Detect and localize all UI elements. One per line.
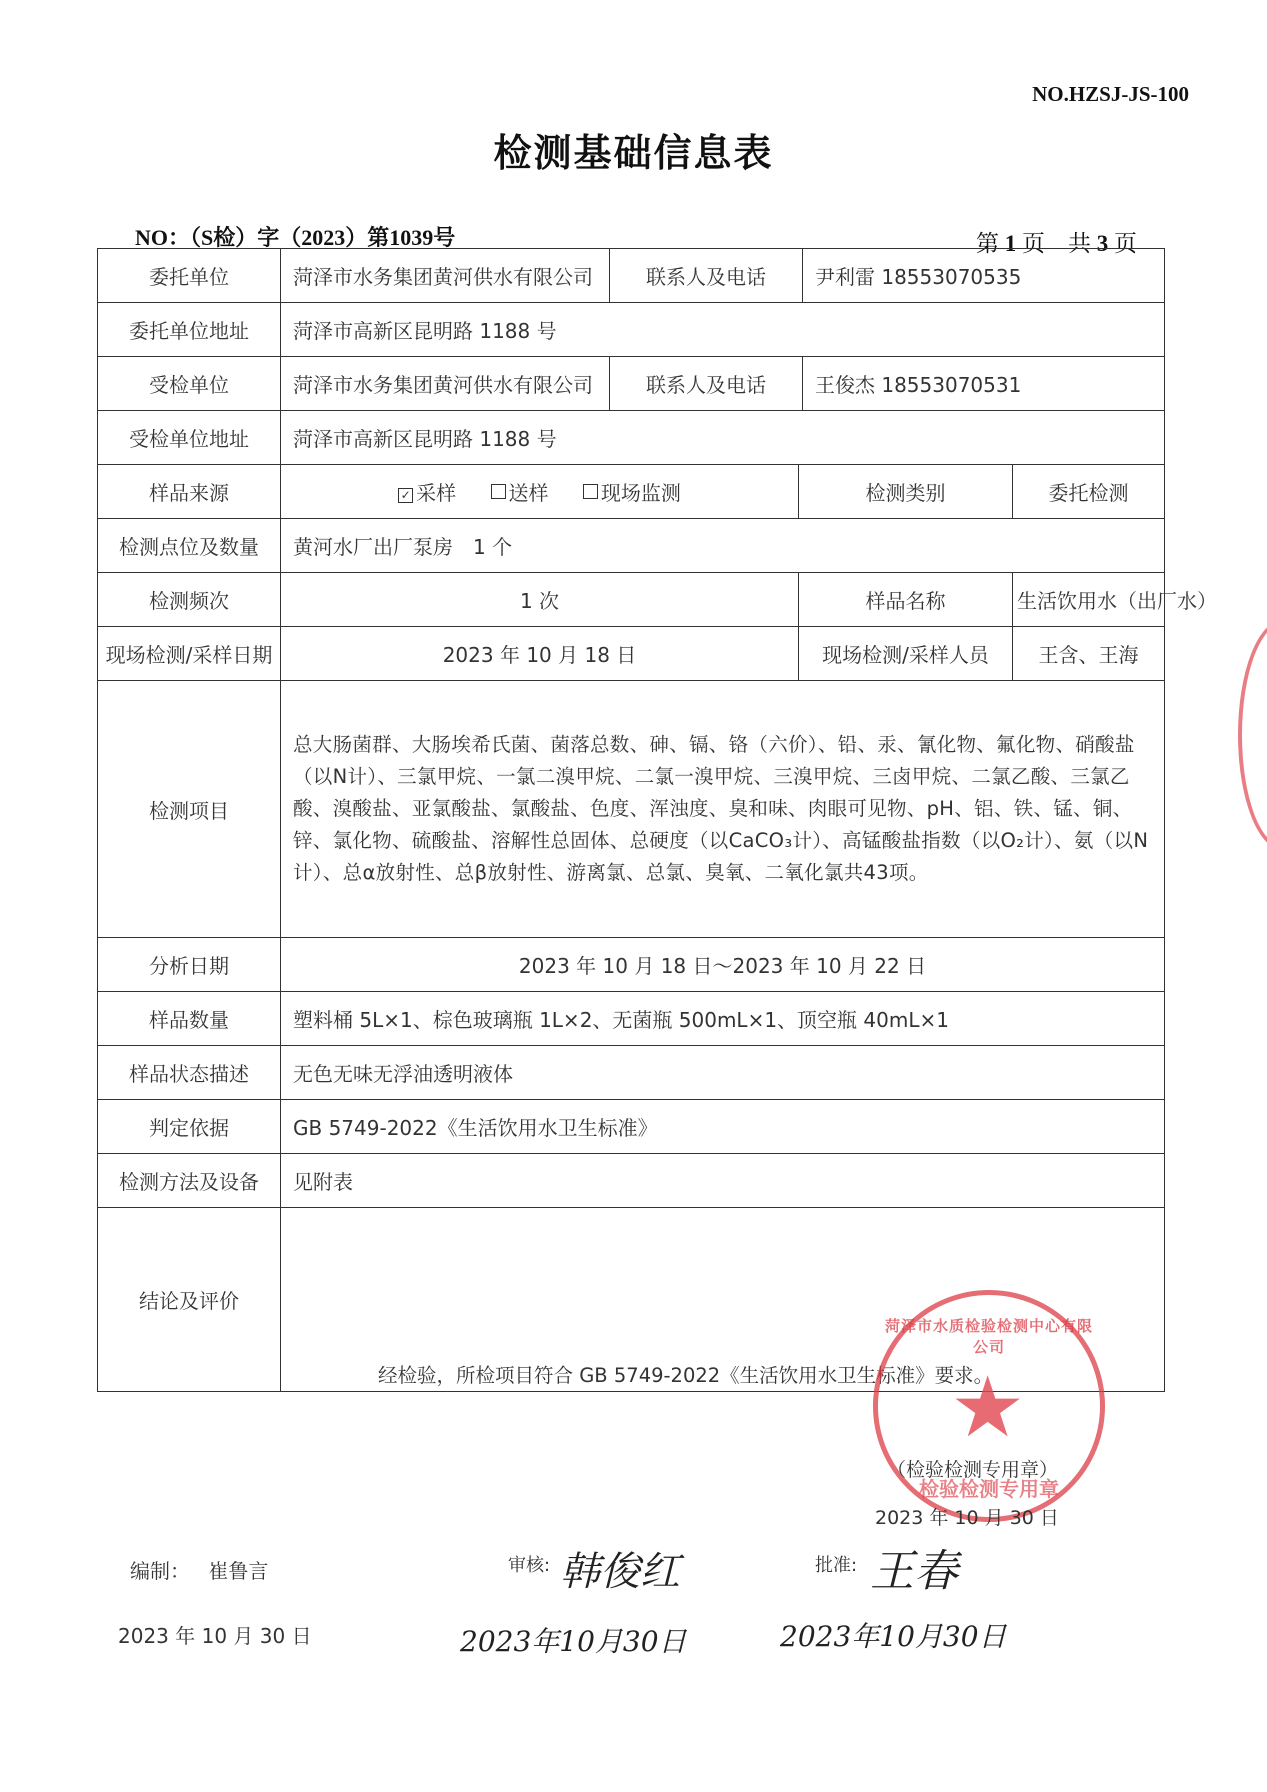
row-sample-qty: 样品数量 塑料桶 5L×1、棕色玻璃瓶 1L×2、无菌瓶 500mL×1、顶空瓶… [98,992,1165,1046]
checkbox-empty-icon[interactable] [583,484,598,499]
row-inspected: 受检单位 菏泽市水务集团黄河供水有限公司 联系人及电话 王俊杰 18553070… [98,357,1165,411]
method-label: 检测方法及设备 [98,1154,281,1208]
sample-source-options: ✓采样 送样 现场监测 [281,465,799,519]
personnel-label: 现场检测/采样人员 [799,627,1013,681]
conclusion-date: 2023 年 10 月 30 日 [875,1503,1059,1530]
checkbox-empty-icon[interactable] [491,484,506,499]
option-delivered[interactable]: 送样 [491,481,549,505]
client-contact-label: 联系人及电话 [610,249,803,303]
row-sample-state: 样品状态描述 无色无味无浮油透明液体 [98,1046,1165,1100]
sample-source-label: 样品来源 [98,465,281,519]
row-frequency: 检测频次 1 次 样品名称 生活饮用水（出厂水） [98,573,1165,627]
page-title: 检测基础信息表 [0,122,1267,177]
row-basis: 判定依据 GB 5749-2022《生活饮用水卫生标准》 [98,1100,1165,1154]
items-label: 检测项目 [98,681,281,938]
inspected-contact-value: 王俊杰 18553070531 [803,357,1165,411]
row-sampling-date: 现场检测/采样日期 2023 年 10 月 18 日 现场检测/采样人员 王含、… [98,627,1165,681]
checkbox-checked-icon[interactable]: ✓ [398,488,413,503]
sample-state-label: 样品状态描述 [98,1046,281,1100]
inspected-address-label: 受检单位地址 [98,411,281,465]
method-value: 见附表 [281,1154,1165,1208]
points-label: 检测点位及数量 [98,519,281,573]
client-address-label: 委托单位地址 [98,303,281,357]
option-delivered-label: 送样 [509,481,549,505]
inspected-value: 菏泽市水务集团黄河供水有限公司 [281,357,610,411]
analysis-date-value: 2023 年 10 月 18 日～2023 年 10 月 22 日 [281,938,1165,992]
category-value: 委托检测 [1013,465,1165,519]
reviewed-label: 审核: [508,1551,550,1577]
analysis-date-label: 分析日期 [98,938,281,992]
option-onsite[interactable]: 现场监测 [583,481,681,505]
sample-name-label: 样品名称 [799,573,1013,627]
reviewed-signature: 韩俊红 [560,1540,680,1597]
client-contact-value: 尹利雷 18553070535 [803,249,1165,303]
row-client: 委托单位 菏泽市水务集团黄河供水有限公司 联系人及电话 尹利雷 18553070… [98,249,1165,303]
category-label: 检测类别 [799,465,1013,519]
inspected-label: 受检单位 [98,357,281,411]
points-value: 黄河水厂出厂泵房 1 个 [281,519,1165,573]
sample-qty-label: 样品数量 [98,992,281,1046]
basis-label: 判定依据 [98,1100,281,1154]
row-analysis-date: 分析日期 2023 年 10 月 18 日～2023 年 10 月 22 日 [98,938,1165,992]
document-code: NO.HZSJ-JS-100 [1032,82,1189,107]
client-address-value: 菏泽市高新区昆明路 1188 号 [281,303,1165,357]
option-sampling-label: 采样 [416,481,456,505]
client-label: 委托单位 [98,249,281,303]
sampling-date-value: 2023 年 10 月 18 日 [281,627,799,681]
row-method: 检测方法及设备 见附表 [98,1154,1165,1208]
sample-qty-value: 塑料桶 5L×1、棕色玻璃瓶 1L×2、无菌瓶 500mL×1、顶空瓶 40mL… [281,992,1165,1046]
row-client-address: 委托单位地址 菏泽市高新区昆明路 1188 号 [98,303,1165,357]
option-sampling[interactable]: ✓采样 [398,481,456,505]
seal-label: （检验检测专用章） [887,1455,1058,1482]
option-onsite-label: 现场监测 [601,481,681,505]
approved-signature: 王春 [870,1535,958,1599]
info-table: 委托单位 菏泽市水务集团黄河供水有限公司 联系人及电话 尹利雷 18553070… [97,248,1165,1392]
items-value: 总大肠菌群、大肠埃希氏菌、菌落总数、砷、镉、铬（六价）、铅、汞、氰化物、氟化物、… [281,681,1165,938]
approved-date: 2023年10月30日 [780,1615,1007,1655]
sampling-date-label: 现场检测/采样日期 [98,627,281,681]
conclusion-text: 经检验，所检项目符合 GB 5749-2022《生活饮用水卫生标准》要求。 [378,1360,993,1388]
edge-seal-fragment [1238,620,1267,850]
approved-label: 批准: [815,1551,857,1577]
row-points: 检测点位及数量 黄河水厂出厂泵房 1 个 [98,519,1165,573]
conclusion-label: 结论及评价 [98,1208,281,1392]
prepared-label: 编制： [130,1559,190,1583]
prepared-date: 2023 年 10 月 30 日 [118,1620,312,1649]
frequency-value: 1 次 [281,573,799,627]
row-inspected-address: 受检单位地址 菏泽市高新区昆明路 1188 号 [98,411,1165,465]
sample-name-value: 生活饮用水（出厂水） [1013,573,1165,627]
row-items: 检测项目 总大肠菌群、大肠埃希氏菌、菌落总数、砷、镉、铬（六价）、铅、汞、氰化物… [98,681,1165,938]
prepared-name: 崔鲁言 [208,1559,268,1583]
basis-value: GB 5749-2022《生活饮用水卫生标准》 [281,1100,1165,1154]
sample-state-value: 无色无味无浮油透明液体 [281,1046,1165,1100]
prepared-by: 编制： 崔鲁言 [130,1555,268,1584]
row-sample-source: 样品来源 ✓采样 送样 现场监测 检测类别 委托检测 [98,465,1165,519]
client-value: 菏泽市水务集团黄河供水有限公司 [281,249,610,303]
inspected-contact-label: 联系人及电话 [610,357,803,411]
personnel-value: 王含、王海 [1013,627,1165,681]
frequency-label: 检测频次 [98,573,281,627]
reviewed-date: 2023年10月30日 [460,1620,687,1660]
inspected-address-value: 菏泽市高新区昆明路 1188 号 [281,411,1165,465]
